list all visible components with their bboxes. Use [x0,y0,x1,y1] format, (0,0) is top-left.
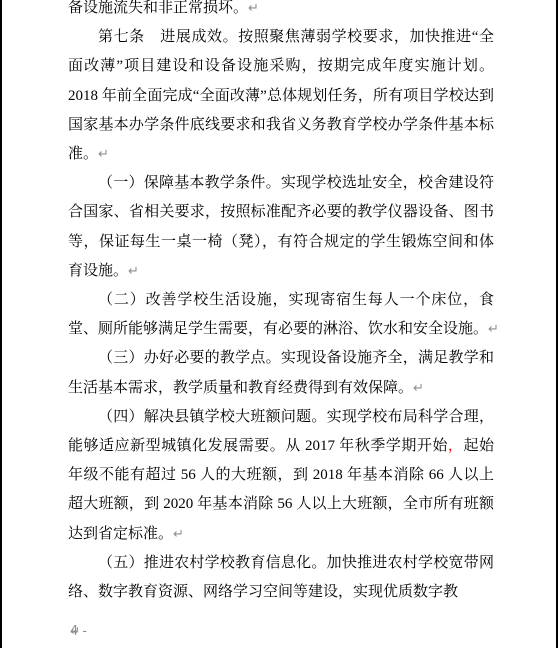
document-body: 备设施流失和非正常损坏。↵ 第七条 进展成效。按照聚焦薄弱学校要求，加快推进“全… [68,0,494,607]
paragraph-item-1: （一）保障基本教学条件。实现学校选址安全，校舍建设符合国家、省相关要求，按照标准… [68,169,494,286]
paragraph-item-4: （四）解决县镇学校大班额问题。实现学校布局科学合理，能够适应新型城镇化发展需要。… [68,403,494,549]
page-number: 4 - [70,624,87,639]
paragraph-item-3: （三）办好必要的教学点。实现设备设施齐全，满足教学和生活基本需求，教学质量和教育… [68,344,494,402]
paragraph-item-5: （五）推进农村学校教育信息化。加快推进农村学校宽带网络、数字教育资源、网络学习空… [68,549,494,607]
page-footer: ↵4 - [70,622,87,641]
paragraph-text: 第七条 进展成效。按照聚焦薄弱学校要求，加快推进“全面改薄”项目建设和设备设施采… [68,29,494,162]
paragraph-text: 备设施流失和非正常损坏。 [68,0,248,16]
paragraph-item-2: （二）改善学校生活设施，实现寄宿生每人一个床位，食堂、厕所能够满足学生需要，有必… [68,286,494,344]
paragraph-text: （五）推进农村学校教育信息化。加快推进农村学校宽带网络、数字教育资源、网络学习空… [68,555,494,600]
paragraph-text: （四）解决县镇学校大班额问题。实现学校布局科学合理，能够适应新型城镇化发展需要。… [68,409,494,454]
paragraph-text: （三）办好必要的教学点。实现设备设施齐全，满足教学和生活基本需求，教学质量和教育… [68,350,494,395]
paragraph-text: （二）改善学校生活设施，实现寄宿生每人一个床位，食堂、厕所能够满足学生需要，有必… [68,292,494,337]
revision-red-comma: ， [448,438,464,454]
paragraph-continuation: 备设施流失和非正常损坏。↵ [68,0,494,23]
paragraph-article-7: 第七条 进展成效。按照聚焦薄弱学校要求，加快推进“全面改薄”项目建设和设备设施采… [68,23,494,169]
document-page: 备设施流失和非正常损坏。↵ 第七条 进展成效。按照聚焦薄弱学校要求，加快推进“全… [0,0,558,648]
